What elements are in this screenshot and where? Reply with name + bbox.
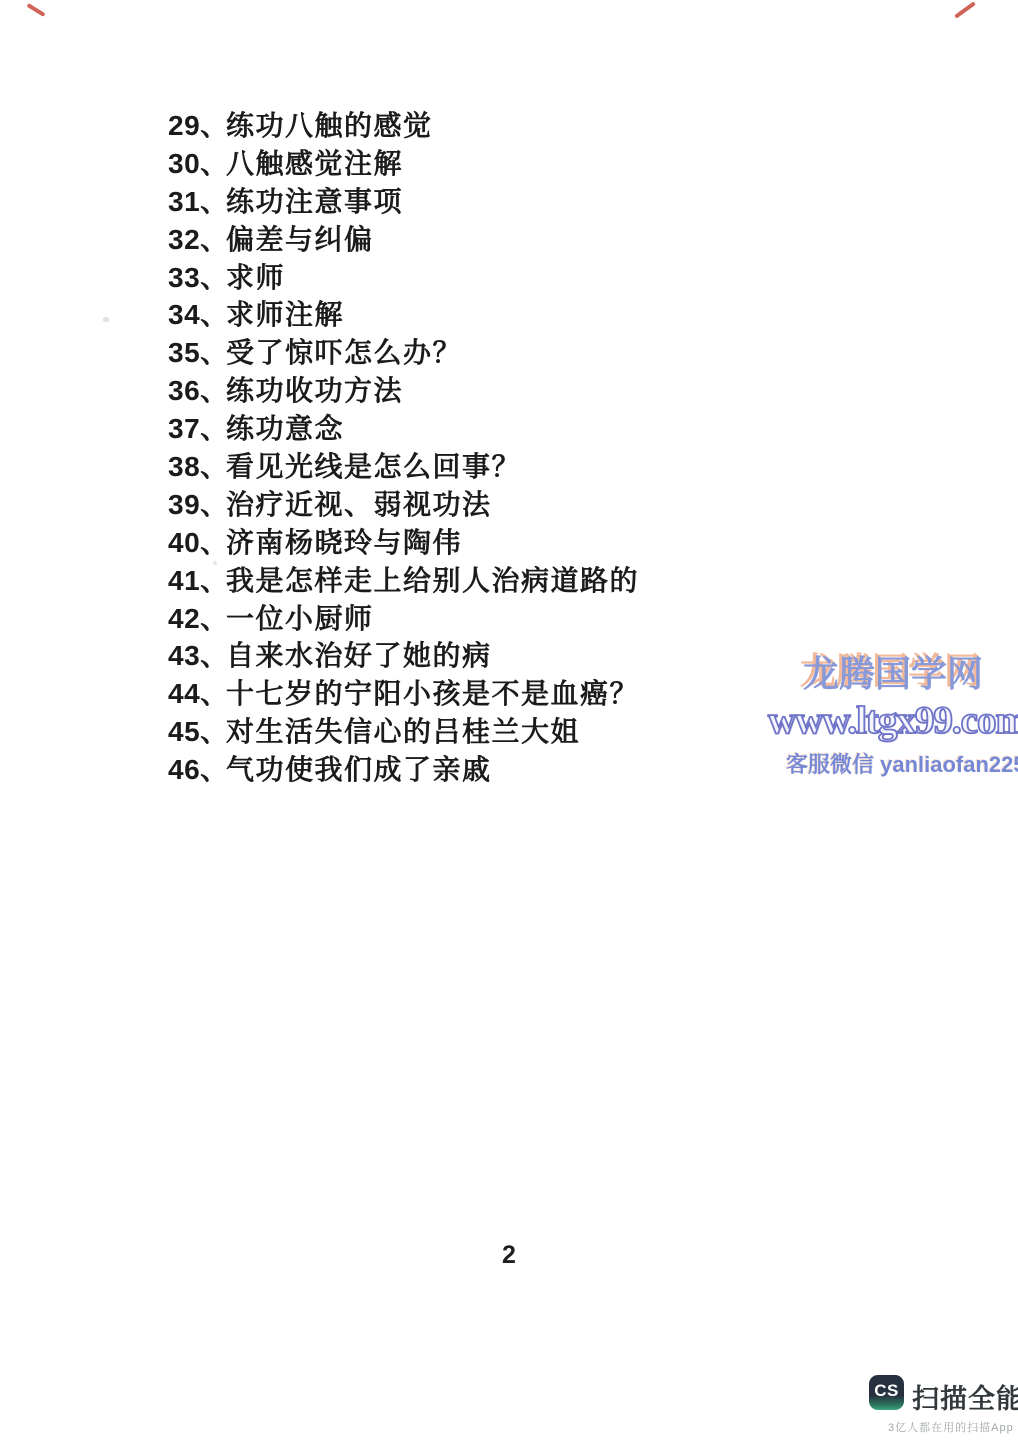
toc-item: 44、十七岁的宁阳小孩是不是血癌？ [168,672,639,710]
toc-item-title: 练功收功方法 [226,369,403,409]
toc-item: 31、练功注意事项 [168,180,639,218]
scan-speck [103,317,109,322]
camscanner-icon-letters: CS [874,1381,899,1401]
toc-item-number: 41、 [168,559,226,599]
toc-item: 42、一位小厨师 [168,597,639,635]
toc-item-number: 40、 [168,521,226,561]
toc-item-number: 38、 [168,445,226,485]
toc-item: 46、气功使我们成了亲戚 [168,748,639,786]
toc-item: 40、济南杨晓玲与陶伟 [168,521,639,559]
toc-item-title: 我是怎样走上给别人治病道路的 [226,559,639,599]
toc-item: 32、偏差与纠偏 [168,218,639,256]
watermark-url: www.ltgx99.com [768,698,1018,743]
toc-item: 41、我是怎样走上给别人治病道路的 [168,559,639,597]
toc-item-title: 八触感觉注解 [226,142,403,182]
toc-item-title: 十七岁的宁阳小孩是不是血癌？ [226,672,639,712]
toc-item-number: 43、 [168,634,226,674]
toc-item: 29、练功八触的感觉 [168,104,639,142]
toc-item-number: 30、 [168,142,226,182]
scan-speck [213,561,217,565]
red-pen-mark-right [954,1,976,18]
toc-item-number: 32、 [168,218,226,258]
watermark-contact: 客服微信 yanliaofan225 [786,748,1018,779]
toc-item: 39、治疗近视、弱视功法 [168,483,639,521]
toc-item-title: 练功意念 [226,407,344,447]
page-number: 2 [0,1241,1018,1270]
toc-item-number: 42、 [168,597,226,637]
toc-item: 38、看见光线是怎么回事？ [168,445,639,483]
toc-item-number: 37、 [168,407,226,447]
toc-item-number: 44、 [168,672,226,712]
toc-item-number: 46、 [168,748,226,788]
toc-item-title: 治疗近视、弱视功法 [226,483,492,523]
toc-item: 30、八触感觉注解 [168,142,639,180]
toc-item-number: 29、 [168,104,226,144]
toc-item: 43、自来水治好了她的病 [168,634,639,672]
toc-item: 37、练功意念 [168,407,639,445]
toc-item-title: 受了惊吓怎么办？ [226,331,462,371]
toc-item: 45、对生活失信心的吕桂兰大姐 [168,710,639,748]
camscanner-logo-icon: CS [869,1375,904,1410]
toc-item-title: 济南杨晓玲与陶伟 [226,521,462,561]
camscanner-app-name-text: 扫描全能王 [912,1384,1018,1414]
toc-item: 36、练功收功方法 [168,369,639,407]
toc-item-title: 练功八触的感觉 [226,104,433,144]
toc-item-title: 求师 [226,256,285,296]
toc-item: 35、受了惊吓怎么办？ [168,331,639,369]
toc-item-title: 偏差与纠偏 [226,218,374,258]
watermark-site-name: 龙腾国学网 [803,646,983,697]
toc-item-title: 一位小厨师 [226,597,374,637]
toc-item: 33、求师 [168,256,639,294]
toc-item-title: 看见光线是怎么回事？ [226,445,521,485]
toc-item-number: 35、 [168,331,226,371]
toc-list: 29、练功八触的感觉 30、八触感觉注解 31、练功注意事项 32、偏差与纠偏 … [168,104,639,786]
toc-item-title: 练功注意事项 [226,180,403,220]
toc-item-number: 36、 [168,369,226,409]
red-pen-mark-left [26,3,45,17]
toc-item-title: 对生活失信心的吕桂兰大姐 [226,710,580,750]
toc-item-title: 求师注解 [226,293,344,333]
camscanner-app-name: 扫描全能王™ [912,1377,1018,1416]
toc-item: 34、求师注解 [168,293,639,331]
toc-item-title: 自来水治好了她的病 [226,634,492,674]
toc-item-title: 气功使我们成了亲戚 [226,748,492,788]
toc-item-number: 39、 [168,483,226,523]
toc-item-number: 33、 [168,256,226,296]
camscanner-tagline: 3亿人都在用的扫描App [888,1419,1014,1435]
toc-item-number: 31、 [168,180,226,220]
toc-item-number: 45、 [168,710,226,750]
toc-item-number: 34、 [168,293,226,333]
